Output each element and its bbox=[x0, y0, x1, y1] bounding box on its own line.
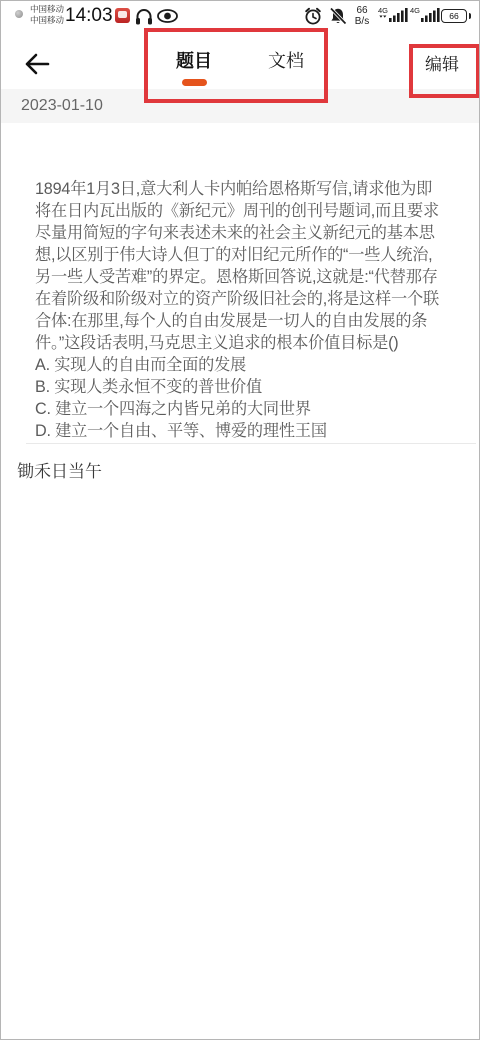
status-time: 14:03 bbox=[65, 3, 113, 29]
sim1-network-label: 4G bbox=[378, 6, 388, 15]
option-c: C. 建立一个四海之内皆兄弟的大同世界 bbox=[35, 398, 448, 420]
divider bbox=[26, 443, 476, 444]
tab-bar: 题目 文档 bbox=[1, 31, 479, 89]
notification-app-icon bbox=[115, 8, 130, 23]
nav-bar: 题目 文档 编辑 bbox=[1, 31, 479, 89]
camera-punch-hole bbox=[15, 10, 23, 18]
carrier-labels: 中国移动 中国移动 bbox=[30, 4, 64, 26]
app-screen: 中国移动 中国移动 14:03 66 B/s bbox=[0, 0, 480, 1040]
option-d: D. 建立一个自由、平等、博爱的理性王国 bbox=[35, 420, 448, 442]
status-bar: 中国移动 中国移动 14:03 66 B/s bbox=[1, 1, 479, 31]
tab-document[interactable]: 文档 bbox=[268, 31, 304, 89]
date-label: 2023-01-10 bbox=[21, 97, 103, 115]
alarm-clock-icon bbox=[304, 7, 322, 25]
network-speed-value: 66 bbox=[351, 5, 373, 16]
carrier-sim2-label: 中国移动 bbox=[30, 15, 64, 26]
sim2-signal-icon: 4G bbox=[410, 6, 442, 24]
sim2-network-label: 4G bbox=[410, 6, 420, 15]
eye-protection-icon bbox=[157, 9, 178, 23]
edit-button[interactable]: 编辑 bbox=[425, 54, 459, 76]
headphones-icon bbox=[135, 8, 153, 25]
question-body: 1894年1月3日,意大利人卡内帕给恩格斯写信,请求他为即将在日内瓦出版的《新纪… bbox=[35, 178, 448, 442]
active-tab-indicator bbox=[182, 79, 207, 86]
network-speed-indicator: 66 B/s bbox=[351, 5, 373, 27]
tab-question-label: 题目 bbox=[176, 51, 212, 72]
carrier-sim1-label: 中国移动 bbox=[30, 4, 64, 15]
option-a: A. 实现人的自由而全面的发展 bbox=[35, 354, 448, 376]
battery-icon: 66 bbox=[441, 9, 467, 23]
option-b: B. 实现人类永恒不变的普世价值 bbox=[35, 376, 448, 398]
date-strip: 2023-01-10 bbox=[1, 89, 479, 123]
question-text: 1894年1月3日,意大利人卡内帕给恩格斯写信,请求他为即将在日内瓦出版的《新纪… bbox=[35, 178, 448, 354]
sim1-signal-icon: 4G bbox=[378, 6, 410, 24]
mute-bell-icon bbox=[329, 7, 347, 25]
document-list-item[interactable]: 锄禾日当午 bbox=[17, 460, 102, 484]
tab-question[interactable]: 题目 bbox=[176, 31, 212, 89]
battery-percent: 66 bbox=[449, 12, 458, 21]
tab-document-label: 文档 bbox=[268, 51, 304, 72]
network-speed-unit: B/s bbox=[351, 16, 373, 27]
